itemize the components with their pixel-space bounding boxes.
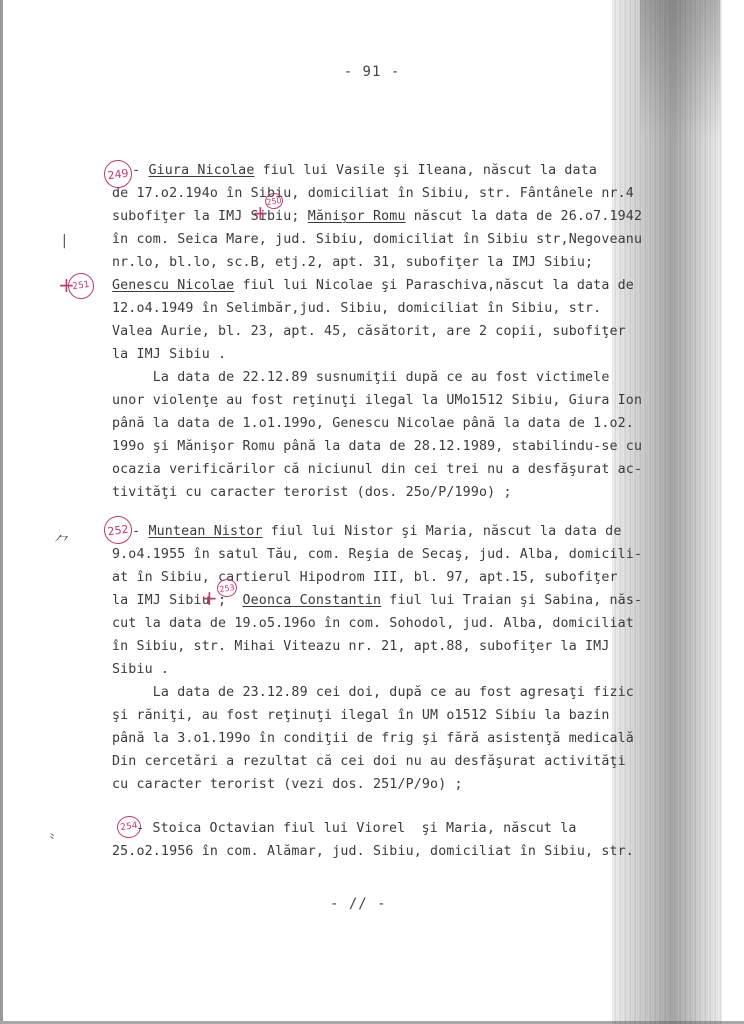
continuation-mark: - // - [330,896,387,912]
text-line: Din cercetări a rezultat că cei doi nu a… [112,753,626,771]
person-name: Genescu Nicolae [112,278,234,293]
text-line: 25.o2.1956 în com. Alămar, jud. Sibiu, d… [112,843,634,861]
text-line: 9.o4.1955 în satul Tău, com. Reşia de Se… [112,546,642,564]
text-line: la IMJ Sibiu ; Oeonca Constantin fiul lu… [112,592,642,610]
text-line: în com. Seica Mare, jud. Sibiu, domicili… [112,231,642,249]
text-line: unor violenţe au fost reţinuţi ilegal la… [112,392,642,410]
text-line: cu caracter terorist (vezi dos. 251/P/9o… [112,776,463,794]
page-edge-left [0,0,3,1024]
text-line: - Stoica Octavian fiul lui Viorel şi Mar… [128,820,577,838]
text-line: în Sibiu, str. Mihai Viteazu nr. 21, apt… [112,638,609,656]
page-number: - 91 - [0,64,744,80]
person-name: Giura Nicolae [148,163,254,178]
text-line: tivităţi cu caracter terorist (dos. 25o/… [112,484,512,502]
margin-mark: ⺈ [54,530,70,553]
text-line: 199o şi Mănişor Romu până la data de 28.… [112,438,642,456]
text-line: nr.lo, bl.lo, sc.B, etj.2, apt. 31, subo… [112,254,593,272]
text-line: Genescu Nicolae fiul lui Nicolae şi Para… [112,277,634,295]
text-line: La data de 23.12.89 cei doi, după ce au … [112,684,634,702]
person-name: Oeonca Constantin [243,593,382,608]
text-line: - Muntean Nistor fiul lui Nistor şi Mari… [124,523,622,541]
text-line: până la 3.o1.199o în condiţii de frig şi… [112,730,634,748]
text-line: subofiţer la IMJ Sibiu; Mănişor Romu năs… [112,208,642,226]
person-name: Mănişor Romu [308,209,406,224]
text-line: Valea Aurie, bl. 23, apt. 45, căsătorit,… [112,323,626,341]
text-line: cut la data de 19.o5.196o în com. Sohodo… [112,615,634,633]
text-line: ocazia verificărilor că niciunul din cei… [112,461,642,479]
annotation-cross-mark: + [201,588,218,608]
person-name: Muntean Nistor [148,524,262,539]
text-line: at în Sibiu, cartierul Hipodrom III, bl.… [112,569,618,587]
text-line: Sibiu . [112,661,169,679]
margin-mark: | [62,233,67,249]
text-line: şi răniţi, au fost reţinuţi ilegal în UM… [112,707,609,725]
scan-streak [612,0,722,1024]
margin-mark: ⺀ [46,830,58,847]
text-line: la IMJ Sibiu . [112,346,226,364]
text-line: - Giura Nicolae fiul lui Vasile şi Ilean… [124,162,597,180]
text-line: 12.o4.1949 în Selimbăr,jud. Sibiu, domic… [112,300,601,318]
text-line: de 17.o2.194o în Sibiu, domiciliat în Si… [112,185,634,203]
text-line: La data de 22.12.89 susnumiţii după ce a… [112,369,609,387]
text-line: până la data de 1.o1.199o, Genescu Nicol… [112,415,634,433]
